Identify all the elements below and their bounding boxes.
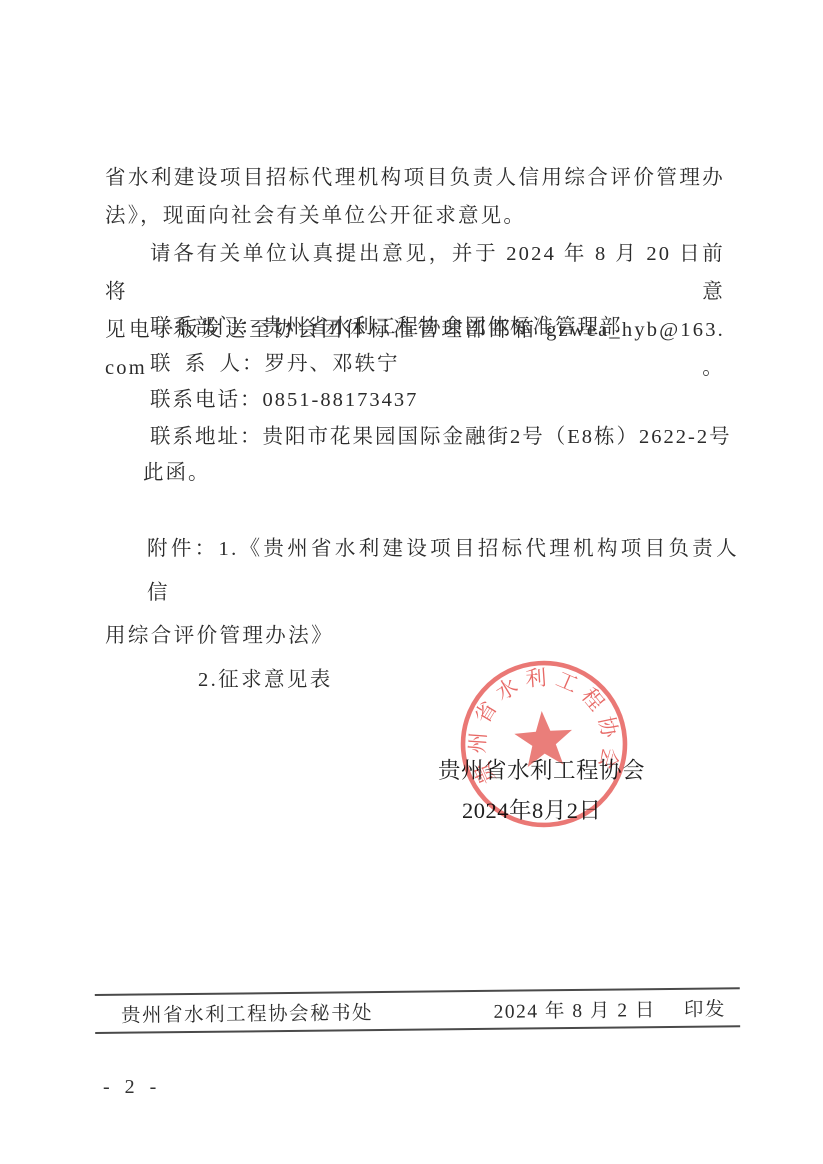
contact-address: 联系地址：贵阳市花果园国际金融街2号（E8栋）2622-2号 (105, 419, 745, 456)
contact-person: 联 系 人：罗丹、邓轶宁 (105, 346, 745, 383)
attachment-item-1-line-2: 用综合评价管理办法》 (105, 615, 739, 659)
body-line-1: 省水利建设项目招标代理机构项目负责人信用综合评价管理办 (105, 159, 725, 197)
footer-issuer: 贵州省水利工程协会秘书处 (121, 997, 373, 1028)
attachment-item-2: 2.征求意见表 (105, 659, 739, 703)
attachments-list: 附件：1.《贵州省水利建设项目招标代理机构项目负责人信 用综合评价管理办法》 2… (105, 528, 739, 702)
official-seal-icon: 贵州省水利工程协会 (446, 646, 642, 842)
attachment-item-1-line-1: 附件：1.《贵州省水利建设项目招标代理机构项目负责人信 (105, 528, 739, 615)
body-line-2: 法》，现面向社会有关单位公开征求意见。 (105, 197, 725, 235)
page-number: - 2 - (103, 1076, 161, 1099)
body-line-3: 请各有关单位认真提出意见，并于 2024 年 8 月 20 日前将意 (105, 235, 725, 311)
footer: 贵州省水利工程协会秘书处 2024 年 8 月 2 日 印发 (95, 987, 740, 1034)
document-page: 省水利建设项目招标代理机构项目负责人信用综合评价管理办 法》，现面向社会有关单位… (0, 0, 823, 1164)
footer-date: 2024 年 8 月 2 日 (493, 994, 656, 1024)
contact-phone: 联系电话：0851-88173437 (105, 382, 745, 419)
contact-info: 联系部门：贵州省水利工程协会团体标准管理部 联 系 人：罗丹、邓轶宁 联系电话：… (105, 309, 745, 492)
seal-star-icon (513, 709, 574, 768)
footer-action: 印发 (684, 993, 726, 1021)
closing-text: 此函。 (105, 455, 745, 492)
contact-department: 联系部门：贵州省水利工程协会团体标准管理部 (105, 309, 745, 346)
